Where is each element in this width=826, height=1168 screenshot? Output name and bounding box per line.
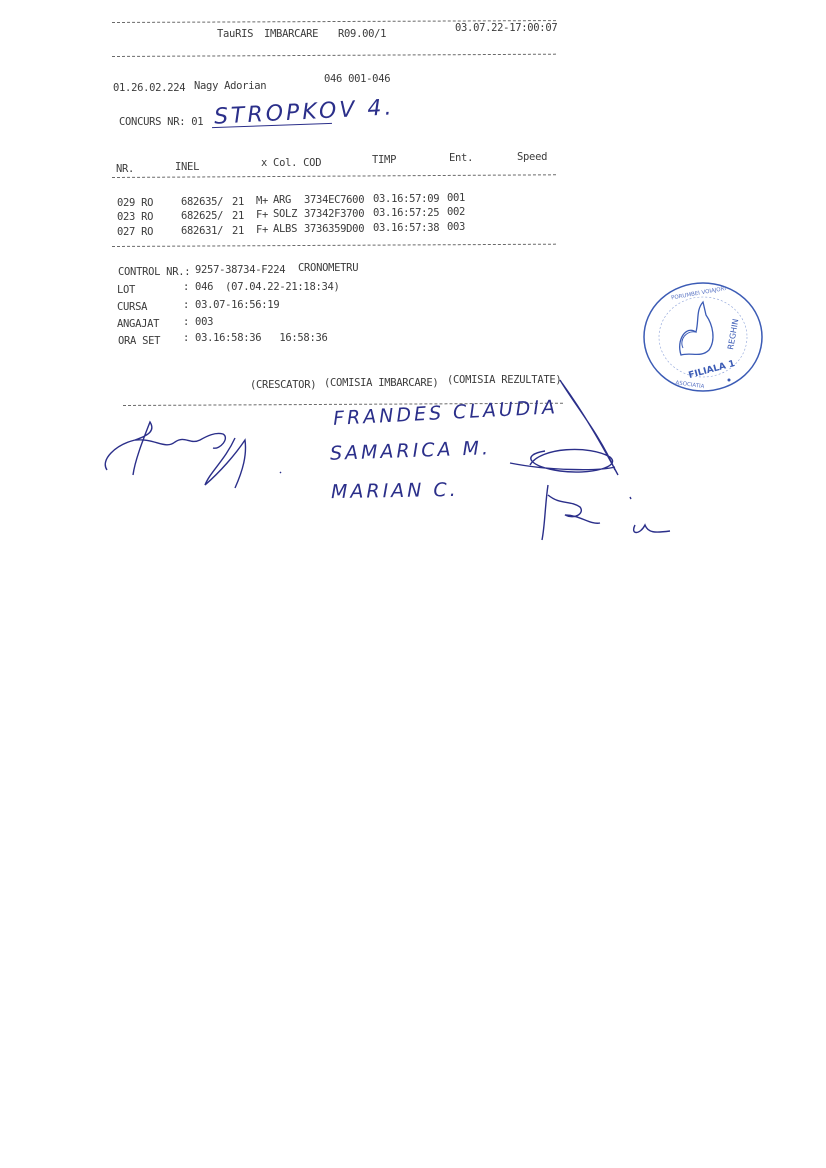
cell-sex: M+ [256, 195, 268, 207]
signature-crescator [95, 410, 295, 500]
angajat-value: : 003 [183, 316, 213, 328]
col-speed: Speed [517, 151, 547, 163]
cronometru-label: CRONOMETRU [298, 262, 358, 274]
cell-inel: 682631/ [181, 225, 223, 237]
cell-cod: 3736359D00 [304, 223, 364, 235]
owner-name: Nagy Adorian [194, 80, 266, 92]
col-cod: x Col. COD [261, 157, 321, 169]
header-app: TauRIS [217, 28, 253, 40]
control-label: CONTROL NR.: [118, 266, 190, 278]
cursa-label: CURSA [117, 301, 147, 313]
col-ent: Ent. [449, 152, 473, 164]
table-bottom-rule [112, 244, 556, 247]
signature-rezultate [490, 375, 690, 545]
cell-year: 21 [232, 225, 244, 237]
stamp-reghin-text: REGHIN [726, 318, 740, 350]
cell-cod: 3734EC7600 [304, 194, 364, 206]
cursa-value: : 03.07-16:56:19 [183, 299, 279, 311]
cell-timp: 03.16:57:09 [373, 193, 439, 205]
cell-inel: 682635/ [181, 196, 223, 208]
cell-year: 21 [232, 196, 244, 208]
angajat-label: ANGAJAT [117, 318, 159, 330]
cell-sex: F+ [256, 224, 268, 236]
stamp-outer-text: PORUMBEI VOIAJORI [671, 286, 727, 302]
cell-color: ARG [273, 194, 291, 206]
cell-nr: 029 RO [117, 197, 153, 209]
lot-value: : 046 (07.04.22-21:18:34) [183, 281, 340, 293]
signature-name-3: MARIAN C. [331, 479, 459, 503]
cell-ent: 002 [447, 206, 465, 218]
signature-name-2: SAMARICA M. [330, 437, 492, 465]
label-comisia-imbarcare: (COMISIA IMBARCARE) [324, 377, 438, 389]
stamp-filiala-text: FILIALA 1 [688, 359, 737, 381]
header-bottom-rule [112, 54, 556, 57]
cell-color: ALBS [273, 223, 297, 235]
svg-text:ASOCIATIA: ASOCIATIA [675, 380, 705, 390]
header-version: R09.00/1 [338, 28, 386, 40]
header-mode: IMBARCARE [264, 28, 318, 40]
cell-year: 21 [232, 210, 244, 222]
concurs-label: CONCURS NR: 01 [119, 116, 203, 128]
header-datetime: 03.07.22-17:00:07 [455, 22, 557, 34]
ora-set-value: : 03.16:58:36 16:58:36 [183, 332, 328, 344]
col-nr: NR. [116, 163, 134, 175]
cell-cod: 37342F3700 [304, 208, 364, 220]
ora-set-label: ORA SET [118, 335, 160, 347]
label-crescator: (CRESCATOR) [250, 379, 316, 391]
owner-code: 01.26.02.224 [113, 82, 185, 94]
cell-ent: 001 [447, 192, 465, 204]
owner-range: 046 001-046 [324, 73, 390, 85]
col-inel: INEL [175, 161, 199, 173]
cell-inel: 682625/ [181, 210, 223, 222]
cell-timp: 03.16:57:38 [373, 222, 439, 234]
lot-label: LOT [117, 284, 135, 296]
cell-timp: 03.16:57:25 [373, 207, 439, 219]
cell-ent: 003 [447, 221, 465, 233]
stamp: FILIALA 1 REGHIN PORUMBEI VOIAJORI ASOCI… [641, 280, 765, 394]
table-header-rule [112, 174, 556, 178]
cell-sex: F+ [256, 209, 268, 221]
cell-nr: 027 RO [117, 226, 153, 238]
cell-nr: 023 RO [117, 211, 153, 223]
cell-color: SOLZ [273, 208, 297, 220]
col-timp: TIMP [372, 154, 396, 166]
control-value: 9257-38734-F224 [195, 264, 285, 276]
